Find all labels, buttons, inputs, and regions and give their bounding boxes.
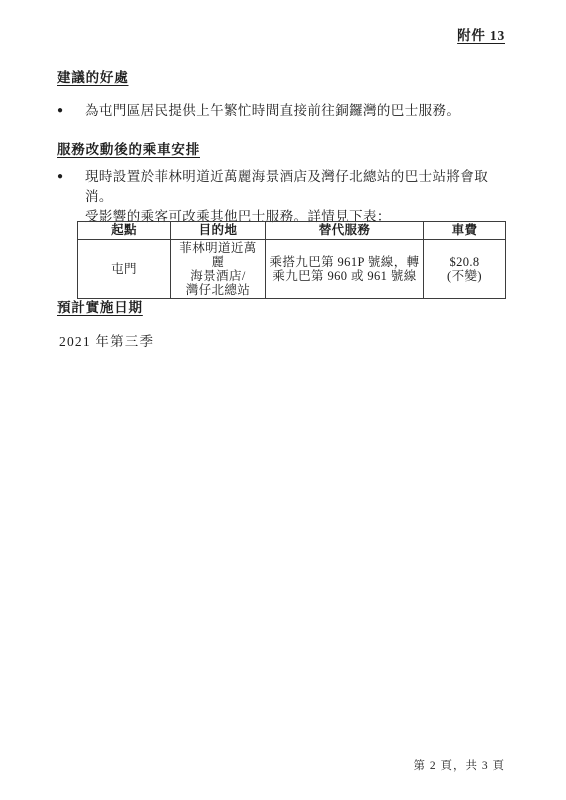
- benefits-bullet-item: ● 為屯門區居民提供上午繁忙時間直接前往銅鑼灣的巴士服務。: [57, 101, 507, 121]
- heading-implementation-date: 預計實施日期: [57, 296, 143, 316]
- document-page: 附件 13 建議的好處 ● 為屯門區居民提供上午繁忙時間直接前往銅鑼灣的巴士服務…: [0, 0, 566, 800]
- column-header-alternative-service: 替代服務: [266, 222, 424, 240]
- implementation-date-text: 2021 年第三季: [59, 330, 154, 350]
- bullet-icon: ●: [57, 167, 85, 187]
- column-header-fare: 車費: [424, 222, 506, 240]
- cell-destination: 菲林明道近萬麗 海景酒店/ 灣仔北總站: [171, 240, 266, 299]
- cell-origin: 屯門: [78, 240, 171, 299]
- footer-page-number: 第 2 頁，共 3 頁: [0, 757, 505, 773]
- benefits-bullet-text: 為屯門區居民提供上午繁忙時間直接前往銅鑼灣的巴士服務。: [85, 101, 507, 121]
- bullet-icon: ●: [57, 101, 85, 121]
- alternative-service-table: 起點 目的地 替代服務 車費 屯門 菲林明道近萬麗 海景酒店/ 灣仔北總站 乘搭…: [77, 221, 506, 299]
- heading-benefits: 建議的好處: [57, 66, 129, 86]
- arrangements-bullet-line-1: 現時設置於菲林明道近萬麗海景酒店及灣仔北總站的巴士站將會取消。: [85, 167, 507, 207]
- column-header-origin: 起點: [78, 222, 171, 240]
- table-row: 屯門 菲林明道近萬麗 海景酒店/ 灣仔北總站 乘搭九巴第 961P 號線，轉 乘…: [78, 240, 506, 299]
- table-header-row: 起點 目的地 替代服務 車費: [78, 222, 506, 240]
- annex-label: 附件 13: [0, 24, 505, 44]
- arrangements-bullet-text: 現時設置於菲林明道近萬麗海景酒店及灣仔北總站的巴士站將會取消。 受影響的乘客可改…: [85, 167, 507, 227]
- cell-alternative-service: 乘搭九巴第 961P 號線，轉 乘九巴第 960 或 961 號線: [266, 240, 424, 299]
- column-header-destination: 目的地: [171, 222, 266, 240]
- heading-arrangements: 服務改動後的乘車安排: [57, 138, 200, 158]
- arrangements-bullet-item: ● 現時設置於菲林明道近萬麗海景酒店及灣仔北總站的巴士站將會取消。 受影響的乘客…: [57, 167, 507, 227]
- cell-fare: $20.8 (不變): [424, 240, 506, 299]
